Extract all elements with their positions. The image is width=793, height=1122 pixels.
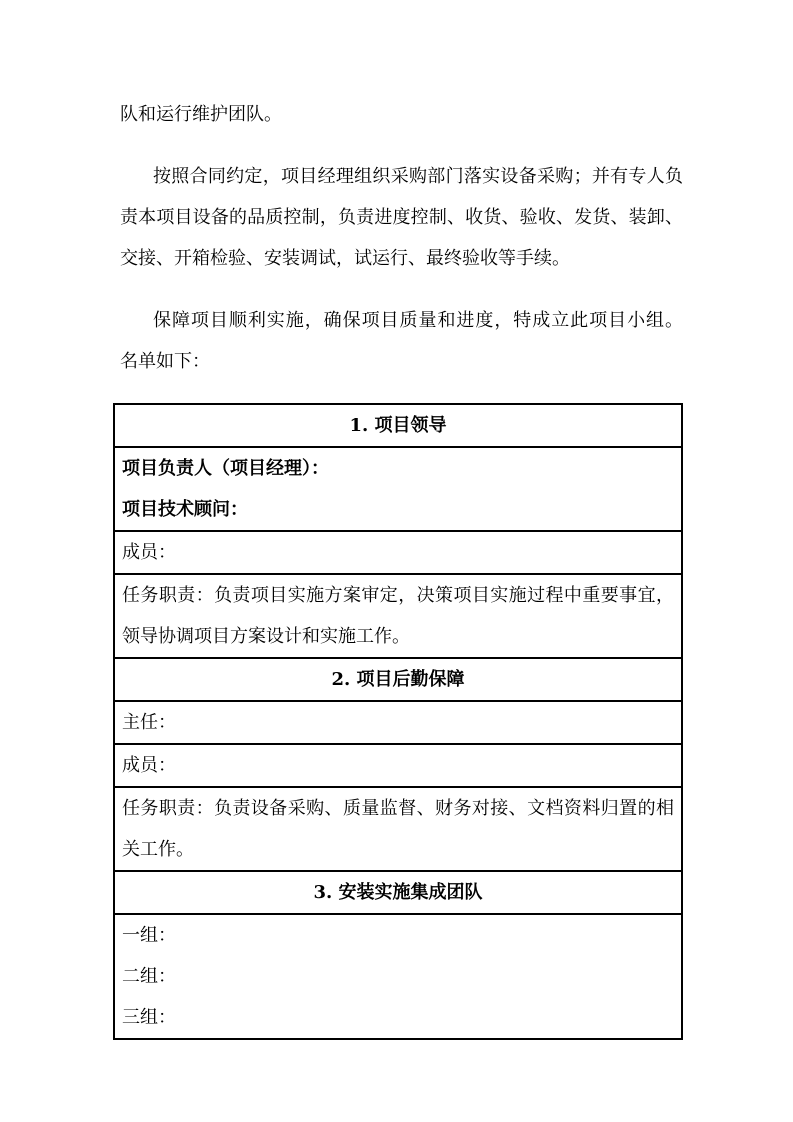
technical-advisor-label: 项目技术顾问： [122, 489, 674, 530]
table-row: 成员： [114, 744, 682, 787]
table-row: 任务职责：负责项目实施方案审定，决策项目实施过程中重要事宜， 领导协调项目方案设… [114, 574, 682, 658]
group-2-label: 二组： [122, 956, 674, 997]
duties-line: 领导协调项目方案设计和实施工作。 [122, 616, 674, 657]
section-2-duties-cell: 任务职责：负责设备采购、质量监督、财务对接、文档资料归置的相 关工作。 [114, 787, 682, 871]
section-2-header: 2. 项目后勤保障 [114, 658, 682, 701]
paragraph-line: 交接、开箱检验、安装调试，试运行、最终验收等手续。 [120, 238, 683, 279]
paragraph-line: 队和运行维护团队。 [120, 94, 683, 135]
section-1-leaders-cell: 项目负责人（项目经理）： 项目技术顾问： [114, 447, 682, 531]
section-1-duties-cell: 任务职责：负责项目实施方案审定，决策项目实施过程中重要事宜， 领导协调项目方案设… [114, 574, 682, 658]
table-row: 3. 安装实施集成团队 [114, 871, 682, 914]
document-page: 队和运行维护团队。 按照合同约定，项目经理组织采购部门落实设备采购；并有专人负 … [0, 0, 793, 1122]
section-2-director-cell: 主任： [114, 701, 682, 744]
table-row: 任务职责：负责设备采购、质量监督、财务对接、文档资料归置的相 关工作。 [114, 787, 682, 871]
section-3-header: 3. 安装实施集成团队 [114, 871, 682, 914]
project-team-table: 1. 项目领导 项目负责人（项目经理）： 项目技术顾问： 成员： 任务职责：负责… [113, 403, 683, 1040]
group-3-label: 三组： [122, 997, 674, 1038]
table-row: 1. 项目领导 [114, 404, 682, 447]
paragraph-continuation: 队和运行维护团队。 [120, 94, 683, 135]
duties-line: 任务职责：负责设备采购、质量监督、财务对接、文档资料归置的相 [122, 788, 674, 829]
project-manager-label: 项目负责人（项目经理）： [122, 448, 674, 489]
section-1-header: 1. 项目领导 [114, 404, 682, 447]
table-row: 项目负责人（项目经理）： 项目技术顾问： [114, 447, 682, 531]
section-2-members-cell: 成员： [114, 744, 682, 787]
table-row: 主任： [114, 701, 682, 744]
table-row: 成员： [114, 531, 682, 574]
paragraph-line: 名单如下： [120, 341, 683, 382]
paragraph-line: 按照合同约定，项目经理组织采购部门落实设备采购；并有专人负 [120, 156, 683, 197]
paragraph-group-intro: 保障项目顺利实施，确保项目质量和进度，特成立此项目小组。 名单如下： [120, 300, 683, 382]
section-3-groups-cell: 一组： 二组： 三组： [114, 914, 682, 1039]
paragraph-line: 保障项目顺利实施，确保项目质量和进度，特成立此项目小组。 [120, 300, 683, 341]
duties-line: 关工作。 [122, 829, 674, 870]
paragraph-procurement: 按照合同约定，项目经理组织采购部门落实设备采购；并有专人负 责本项目设备的品质控… [120, 156, 683, 279]
paragraph-line: 责本项目设备的品质控制，负责进度控制、收货、验收、发货、装卸、 [120, 197, 683, 238]
duties-line: 任务职责：负责项目实施方案审定，决策项目实施过程中重要事宜， [122, 575, 674, 616]
group-1-label: 一组： [122, 915, 674, 956]
table-row: 一组： 二组： 三组： [114, 914, 682, 1039]
section-1-members-cell: 成员： [114, 531, 682, 574]
table-row: 2. 项目后勤保障 [114, 658, 682, 701]
